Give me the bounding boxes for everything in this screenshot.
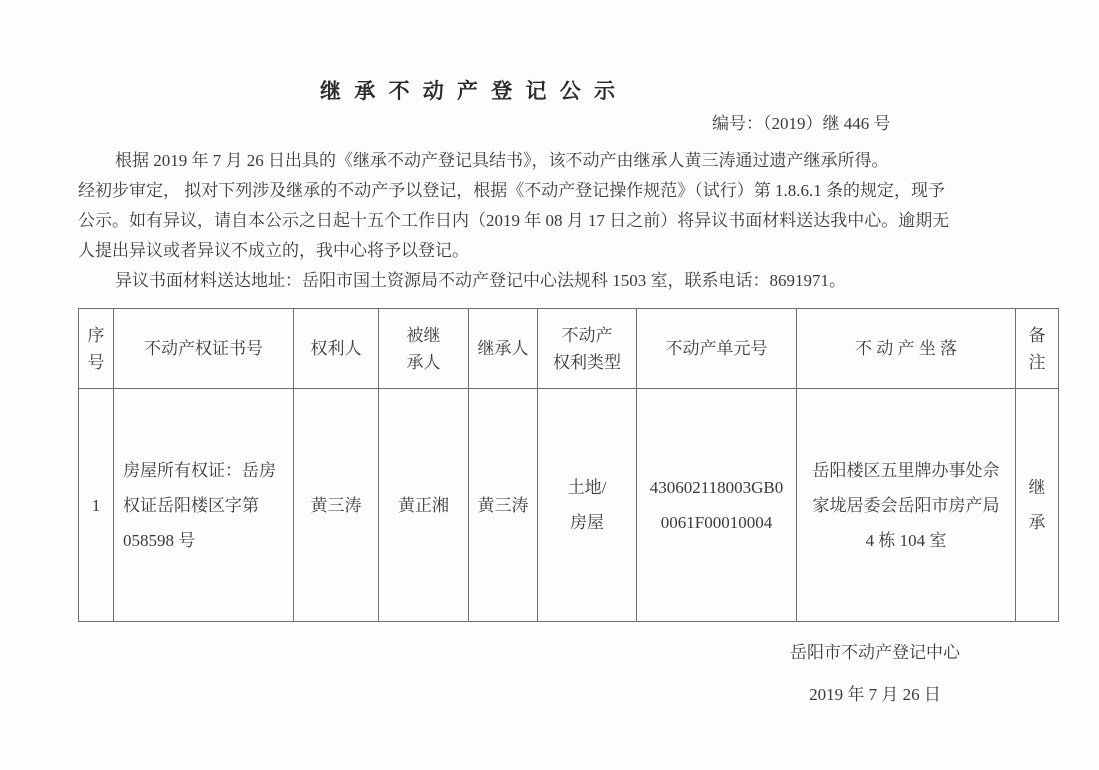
cell-right-holder: 黄三涛 bbox=[294, 389, 379, 622]
cell-decedent: 黄正湘 bbox=[379, 389, 469, 622]
body-line-1: 根据 2019 年 7 月 26 日出具的《继承不动产登记具结书》，该不动产由继… bbox=[78, 146, 1035, 176]
col-header-right-type: 不动产 权利类型 bbox=[538, 309, 637, 389]
issue-date: 2019 年 7 月 26 日 bbox=[700, 682, 1050, 708]
col-header-cert-number: 不动产权证书号 bbox=[114, 309, 294, 389]
cell-unit-number: 430602118003GB0 0061F00010004 bbox=[637, 389, 797, 622]
body-line-4: 人提出异议或者异议不成立的，我中心将予以登记。 bbox=[78, 236, 1035, 266]
table-header-row: 序 号 不动产权证书号 权利人 被继 承人 继承人 不动产 权利类型 不动产单元… bbox=[79, 309, 1059, 389]
body-line-2: 经初步审定， 拟对下列涉及继承的不动产予以登记，根据《不动产登记操作规范》（试行… bbox=[78, 176, 1035, 206]
footer: 岳阳市不动产登记中心 2019 年 7 月 26 日 bbox=[700, 640, 1050, 708]
cell-remarks: 继 承 bbox=[1016, 389, 1059, 622]
table-row: 1 房屋所有权证：岳房 权证岳阳楼区字第 058598 号 黄三涛 黄正湘 黄三… bbox=[79, 389, 1059, 622]
notice-document-page: 继 承 不 动 产 登 记 公 示 编号：（2019）继 446 号 根据 20… bbox=[0, 0, 1099, 770]
col-header-decedent: 被继 承人 bbox=[379, 309, 469, 389]
issuing-org: 岳阳市不动产登记中心 bbox=[700, 640, 1050, 666]
body-line-address: 异议书面材料送达地址：岳阳市国土资源局不动产登记中心法规科 1503 室，联系电… bbox=[78, 266, 1035, 296]
cell-heir: 黄三涛 bbox=[469, 389, 538, 622]
body-line-3: 公示。如有异议，请自本公示之日起十五个工作日内（2019 年 08 月 17 日… bbox=[78, 206, 1035, 236]
cell-seq: 1 bbox=[79, 389, 114, 622]
col-header-unit-number: 不动产单元号 bbox=[637, 309, 797, 389]
cell-cert-number: 房屋所有权证：岳房 权证岳阳楼区字第 058598 号 bbox=[114, 389, 294, 622]
doc-number: 编号：（2019）继 446 号 bbox=[712, 112, 1035, 136]
cell-location: 岳阳楼区五里牌办事处佘 家垅居委会岳阳市房产局 4 栋 104 室 bbox=[797, 389, 1016, 622]
page-title: 继 承 不 动 产 登 记 公 示 bbox=[320, 78, 1035, 104]
cell-right-type: 土地/ 房屋 bbox=[538, 389, 637, 622]
col-header-seq: 序 号 bbox=[79, 309, 114, 389]
col-header-remarks: 备 注 bbox=[1016, 309, 1059, 389]
col-header-heir: 继承人 bbox=[469, 309, 538, 389]
registration-table: 序 号 不动产权证书号 权利人 被继 承人 继承人 不动产 权利类型 不动产单元… bbox=[78, 308, 1059, 622]
col-header-right-holder: 权利人 bbox=[294, 309, 379, 389]
notice-body: 根据 2019 年 7 月 26 日出具的《继承不动产登记具结书》，该不动产由继… bbox=[78, 146, 1035, 296]
col-header-location: 不 动 产 坐 落 bbox=[797, 309, 1016, 389]
